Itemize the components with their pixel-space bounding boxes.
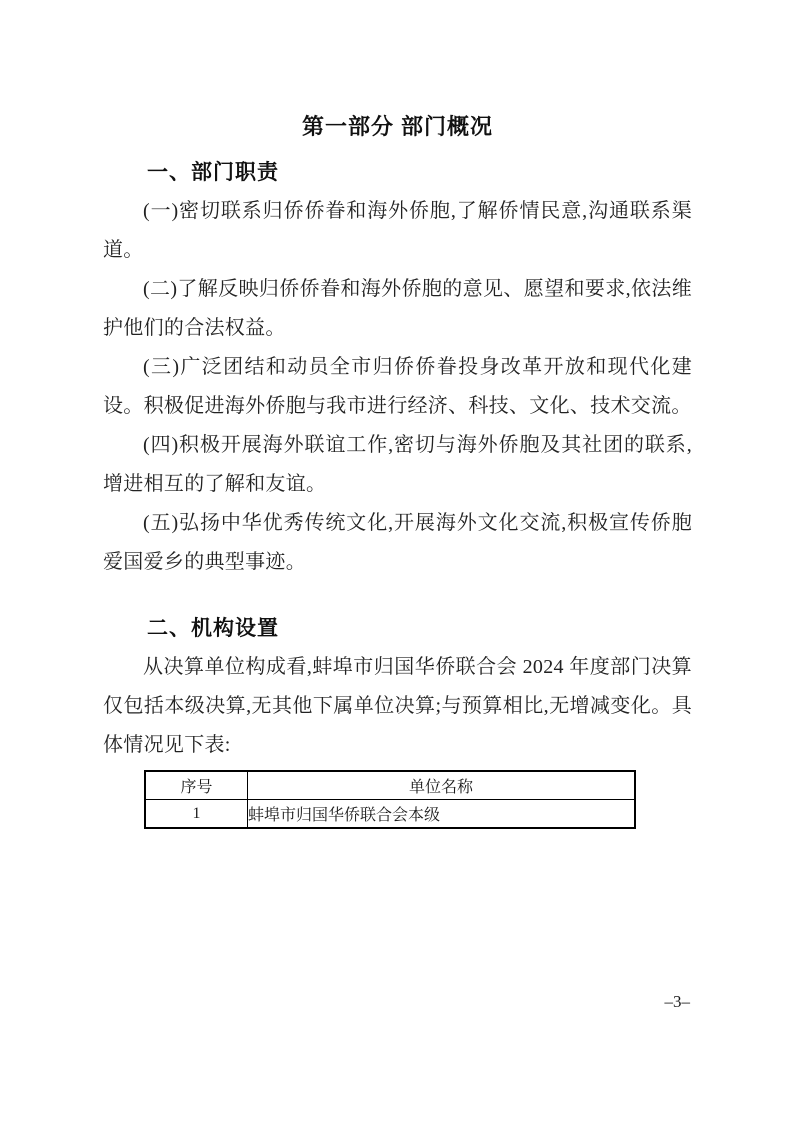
section-1-paragraph-3: (三)广泛团结和动员全市归侨侨眷投身改革开放和现代化建设。积极促进海外侨胞与我市…	[103, 348, 692, 426]
section-1-heading: 一、部门职责	[147, 158, 692, 188]
unit-table-header: 序号 单位名称	[145, 771, 635, 800]
table-header-index: 序号	[145, 771, 248, 800]
section-2-paragraph-1: 从决算单位构成看,蚌埠市归国华侨联合会 2024 年度部门决算仅包括本级决算,无…	[103, 648, 692, 765]
table-cell-index: 1	[145, 800, 248, 829]
unit-list-table: 序号 单位名称 1 蚌埠市归国华侨联合会本级	[144, 770, 636, 829]
table-header-unit-name: 单位名称	[248, 771, 636, 800]
page-number: –3–	[665, 992, 691, 1012]
section-1-paragraph-2: (二)了解反映归侨侨眷和海外侨胞的意见、愿望和要求,依法维护他们的合法权益。	[103, 270, 692, 348]
page-content: 第一部分 部门概况 一、部门职责 (一)密切联系归侨侨眷和海外侨胞,了解侨情民意…	[103, 112, 692, 829]
page-title: 第一部分 部门概况	[103, 112, 692, 142]
section-2-heading: 二、机构设置	[147, 614, 692, 644]
section-1-paragraph-1: (一)密切联系归侨侨眷和海外侨胞,了解侨情民意,沟通联系渠道。	[103, 192, 692, 270]
unit-table-body: 1 蚌埠市归国华侨联合会本级	[145, 800, 635, 829]
section-1-paragraph-4: (四)积极开展海外联谊工作,密切与海外侨胞及其社团的联系,增进相互的了解和友谊。	[103, 426, 692, 504]
table-cell-unit-name: 蚌埠市归国华侨联合会本级	[248, 800, 636, 829]
section-1-paragraph-5: (五)弘扬中华优秀传统文化,开展海外文化交流,积极宣传侨胞爱国爱乡的典型事迹。	[103, 504, 692, 582]
table-header-row: 序号 单位名称	[145, 771, 635, 800]
table-row: 1 蚌埠市归国华侨联合会本级	[145, 800, 635, 829]
document-page: 第一部分 部门概况 一、部门职责 (一)密切联系归侨侨眷和海外侨胞,了解侨情民意…	[0, 0, 794, 1122]
